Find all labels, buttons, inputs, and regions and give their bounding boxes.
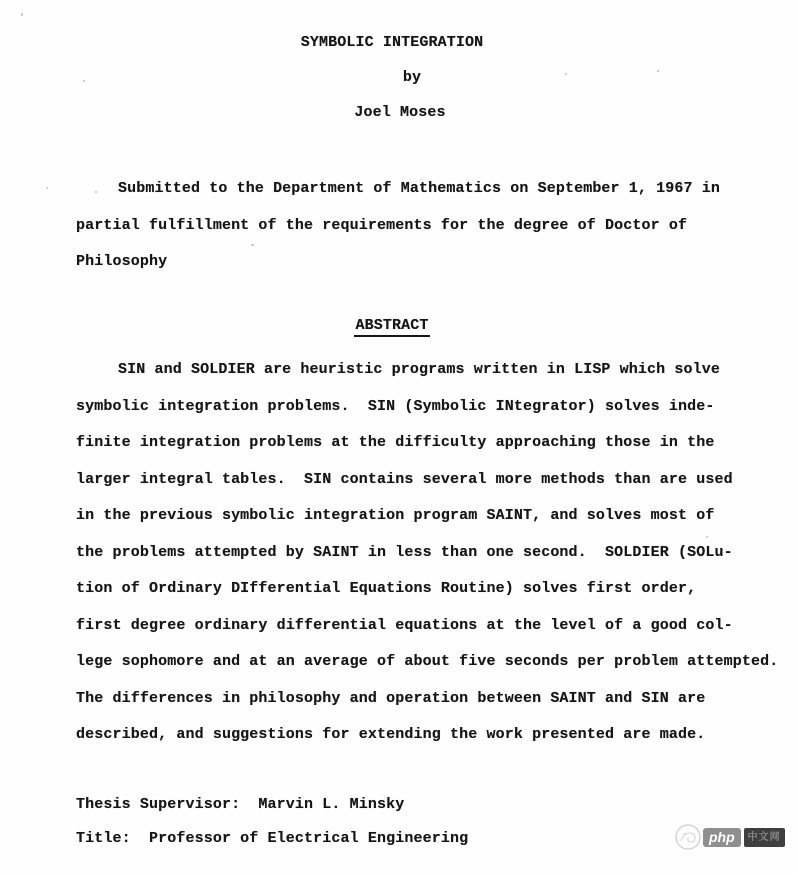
watermark: php 中文网 (674, 822, 785, 852)
watermark-suffix-label: 中文网 (744, 828, 785, 847)
page-title: SYMBOLIC INTEGRATION (0, 35, 784, 51)
paragraph-line: larger integral tables. SIN contains sev… (76, 462, 778, 499)
paragraph-line: described, and suggestions for extending… (76, 717, 778, 754)
paragraph-line: in the previous symbolic integration pro… (76, 498, 778, 535)
paragraph-line: partial fulfillment of the requirements … (76, 208, 720, 245)
paragraph-line: finite integration problems at the diffi… (76, 425, 778, 462)
paragraph-line: Philosophy (76, 244, 720, 281)
thesis-supervisor-line: Thesis Supervisor: Marvin L. Minsky (76, 797, 404, 813)
abstract-heading-row: ABSTRACT (0, 317, 784, 337)
paragraph-line: SIN and SOLDIER are heuristic programs w… (76, 352, 778, 389)
paragraph-line: tion of Ordinary DIfferential Equations … (76, 571, 778, 608)
paragraph-line: lege sophomore and at an average of abou… (76, 644, 778, 681)
php-elephant-icon (674, 822, 702, 852)
paragraph-line: first degree ordinary differential equat… (76, 608, 778, 645)
abstract-heading: ABSTRACT (354, 318, 431, 337)
php-watermark-badge: php (703, 828, 741, 847)
abstract-paragraph: SIN and SOLDIER are heuristic programs w… (76, 352, 778, 754)
paragraph-line: symbolic integration problems. SIN (Symb… (76, 389, 778, 426)
scanned-thesis-abstract-page: SYMBOLIC INTEGRATION by Joel Moses Submi… (0, 0, 798, 874)
byline: by (20, 70, 798, 86)
paragraph-line: the problems attempted by SAINT in less … (76, 535, 778, 572)
paragraph-line: The differences in philosophy and operat… (76, 681, 778, 718)
submission-paragraph: Submitted to the Department of Mathemati… (76, 171, 720, 281)
paragraph-line: Submitted to the Department of Mathemati… (76, 171, 720, 208)
thesis-title-line: Title: Professor of Electrical Engineeri… (76, 831, 468, 847)
author-name: Joel Moses (8, 105, 792, 121)
